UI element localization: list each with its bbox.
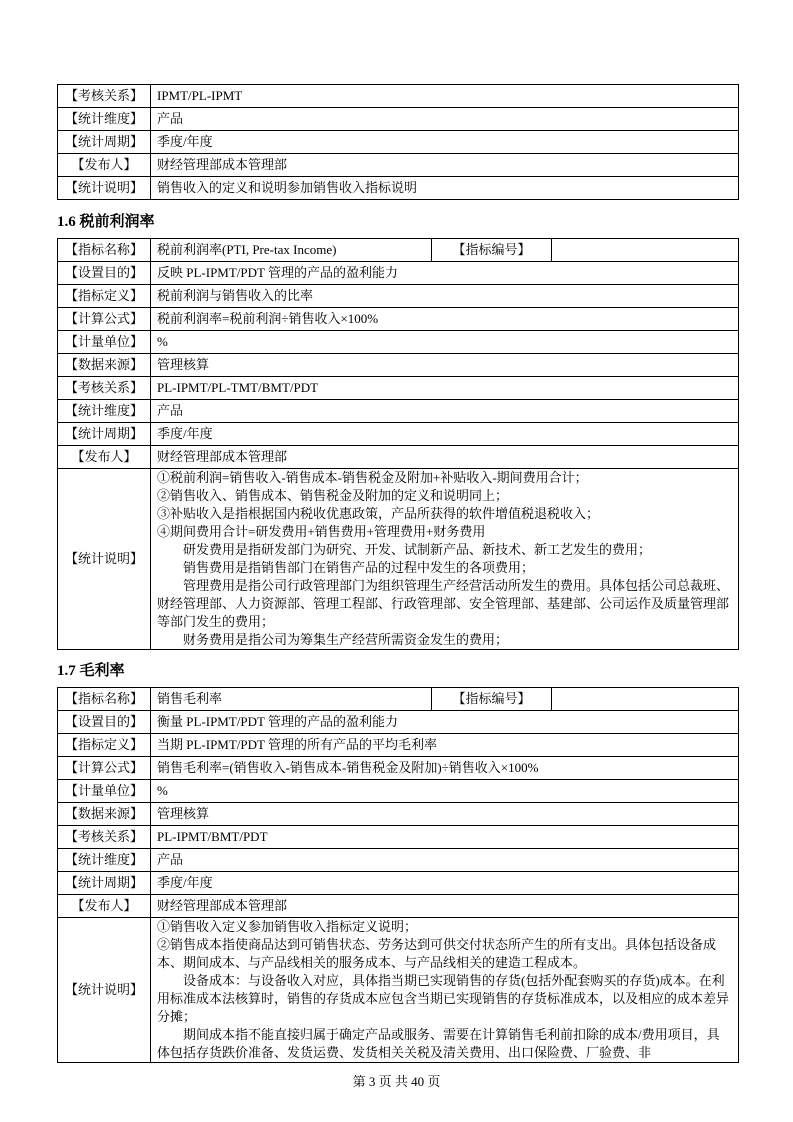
- table-row: 【统计说明】 销售收入的定义和说明参加销售收入指标说明: [58, 177, 739, 200]
- continuation-table: 【考核关系】 IPMT/PL-IPMT 【统计维度】 产品 【统计周期】 季度/…: [57, 84, 739, 200]
- field-label: 【指标名称】: [58, 239, 151, 262]
- field-label: 【发布人】: [58, 154, 151, 177]
- field-label: 【指标定义】: [58, 285, 151, 308]
- indicator-name-value: 税前利润率(PTI, Pre-tax Income): [151, 239, 432, 262]
- field-value: 反映 PL-IPMT/PDT 管理的产品的盈利能力: [151, 262, 739, 285]
- table-row: 【统计周期】 季度/年度: [58, 131, 739, 154]
- statistics-note: ①销售收入定义参加销售收入指标定义说明； ②销售成本指使商品达到可销售状态、劳务…: [151, 918, 739, 1063]
- field-label: 【计算公式】: [58, 757, 151, 780]
- indicator-name-value: 销售毛利率: [151, 688, 432, 711]
- table-row: 【考核关系】 PL-IPMT/BMT/PDT: [58, 826, 739, 849]
- table-row: 【统计说明】 ①销售收入定义参加销售收入指标定义说明； ②销售成本指使商品达到可…: [58, 918, 739, 1063]
- table-row: 【统计周期】 季度/年度: [58, 872, 739, 895]
- table-row: 【统计周期】 季度/年度: [58, 423, 739, 446]
- section-heading-1-7: 1.7 毛利率: [57, 659, 738, 680]
- field-label: 【指标编号】: [432, 239, 552, 262]
- field-label: 【考核关系】: [58, 85, 151, 108]
- field-value: 季度/年度: [151, 423, 739, 446]
- field-label: 【考核关系】: [58, 826, 151, 849]
- field-label: 【统计维度】: [58, 108, 151, 131]
- field-label: 【考核关系】: [58, 377, 151, 400]
- statistics-note: ①税前利润=销售收入-销售成本-销售税金及附加+补贴收入-期间费用合计； ②销售…: [151, 469, 739, 650]
- field-value: 当期 PL-IPMT/PDT 管理的所有产品的平均毛利率: [151, 734, 739, 757]
- field-value: 销售毛利率=(销售收入-销售成本-销售税金及附加)÷销售收入×100%: [151, 757, 739, 780]
- field-value: 管理核算: [151, 803, 739, 826]
- field-label: 【指标编号】: [432, 688, 552, 711]
- field-value: 产品: [151, 849, 739, 872]
- field-label: 【统计维度】: [58, 400, 151, 423]
- page-content: 【考核关系】 IPMT/PL-IPMT 【统计维度】 产品 【统计周期】 季度/…: [57, 84, 738, 1063]
- table-row: 【计量单位】 %: [58, 331, 739, 354]
- indicator-code-value: [552, 239, 739, 262]
- table-row: 【数据来源】 管理核算: [58, 803, 739, 826]
- table-row: 【计量单位】 %: [58, 780, 739, 803]
- field-label: 【发布人】: [58, 446, 151, 469]
- field-label: 【统计周期】: [58, 872, 151, 895]
- table-row: 【发布人】 财经管理部成本管理部: [58, 895, 739, 918]
- table-row: 【考核关系】 IPMT/PL-IPMT: [58, 85, 739, 108]
- table-row: 【发布人】 财经管理部成本管理部: [58, 154, 739, 177]
- table-row: 【指标名称】 销售毛利率 【指标编号】: [58, 688, 739, 711]
- table-row: 【指标定义】 税前利润与销售收入的比率: [58, 285, 739, 308]
- field-value: 税前利润率=税前利润÷销售收入×100%: [151, 308, 739, 331]
- field-label: 【计量单位】: [58, 780, 151, 803]
- field-label: 【设置目的】: [58, 262, 151, 285]
- table-row: 【设置目的】 衡量 PL-IPMT/PDT 管理的产品的盈利能力: [58, 711, 739, 734]
- field-value: 季度/年度: [151, 872, 739, 895]
- field-value: 财经管理部成本管理部: [151, 446, 739, 469]
- field-value: PL-IPMT/PL-TMT/BMT/PDT: [151, 377, 739, 400]
- field-value: 税前利润与销售收入的比率: [151, 285, 739, 308]
- field-value: PL-IPMT/BMT/PDT: [151, 826, 739, 849]
- table-row: 【统计维度】 产品: [58, 108, 739, 131]
- field-label: 【统计说明】: [58, 918, 151, 1063]
- indicator-table-1-6: 【指标名称】 税前利润率(PTI, Pre-tax Income) 【指标编号】…: [57, 238, 739, 650]
- field-label: 【数据来源】: [58, 354, 151, 377]
- table-row: 【统计维度】 产品: [58, 849, 739, 872]
- table-row: 【考核关系】 PL-IPMT/PL-TMT/BMT/PDT: [58, 377, 739, 400]
- field-value: 产品: [151, 400, 739, 423]
- indicator-table-1-7: 【指标名称】 销售毛利率 【指标编号】 【设置目的】 衡量 PL-IPMT/PD…: [57, 687, 739, 1063]
- indicator-code-value: [552, 688, 739, 711]
- field-value: 销售收入的定义和说明参加销售收入指标说明: [151, 177, 739, 200]
- field-label: 【统计维度】: [58, 849, 151, 872]
- field-value: %: [151, 780, 739, 803]
- table-row: 【统计维度】 产品: [58, 400, 739, 423]
- field-label: 【统计周期】: [58, 423, 151, 446]
- field-value: 财经管理部成本管理部: [151, 895, 739, 918]
- field-label: 【统计周期】: [58, 131, 151, 154]
- table-row: 【统计说明】 ①税前利润=销售收入-销售成本-销售税金及附加+补贴收入-期间费用…: [58, 469, 739, 650]
- table-row: 【计算公式】 销售毛利率=(销售收入-销售成本-销售税金及附加)÷销售收入×10…: [58, 757, 739, 780]
- table-row: 【数据来源】 管理核算: [58, 354, 739, 377]
- field-value: %: [151, 331, 739, 354]
- field-value: 季度/年度: [151, 131, 739, 154]
- page-footer: 第 3 页 共 40 页: [0, 1071, 793, 1090]
- table-row: 【指标定义】 当期 PL-IPMT/PDT 管理的所有产品的平均毛利率: [58, 734, 739, 757]
- field-value: 财经管理部成本管理部: [151, 154, 739, 177]
- table-row: 【发布人】 财经管理部成本管理部: [58, 446, 739, 469]
- field-value: 产品: [151, 108, 739, 131]
- section-heading-1-6: 1.6 税前利润率: [57, 210, 738, 231]
- field-value: IPMT/PL-IPMT: [151, 85, 739, 108]
- document-page: 【考核关系】 IPMT/PL-IPMT 【统计维度】 产品 【统计周期】 季度/…: [0, 0, 793, 1122]
- table-row: 【计算公式】 税前利润率=税前利润÷销售收入×100%: [58, 308, 739, 331]
- table-row: 【设置目的】 反映 PL-IPMT/PDT 管理的产品的盈利能力: [58, 262, 739, 285]
- field-label: 【计量单位】: [58, 331, 151, 354]
- field-label: 【数据来源】: [58, 803, 151, 826]
- field-value: 衡量 PL-IPMT/PDT 管理的产品的盈利能力: [151, 711, 739, 734]
- field-label: 【设置目的】: [58, 711, 151, 734]
- field-label: 【指标名称】: [58, 688, 151, 711]
- field-value: 管理核算: [151, 354, 739, 377]
- field-label: 【统计说明】: [58, 469, 151, 650]
- field-label: 【计算公式】: [58, 308, 151, 331]
- field-label: 【发布人】: [58, 895, 151, 918]
- field-label: 【统计说明】: [58, 177, 151, 200]
- field-label: 【指标定义】: [58, 734, 151, 757]
- table-row: 【指标名称】 税前利润率(PTI, Pre-tax Income) 【指标编号】: [58, 239, 739, 262]
